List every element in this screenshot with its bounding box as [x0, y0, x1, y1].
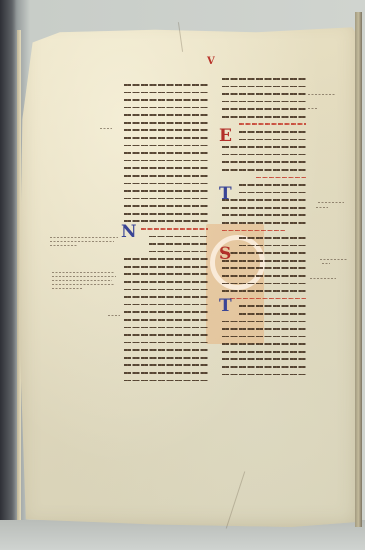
initial-letter-s: S	[219, 246, 231, 263]
page-edge-right	[355, 12, 362, 527]
initial-letter-t: T	[219, 298, 232, 315]
initial-letter-n: N	[121, 224, 137, 241]
background-shadow	[0, 0, 16, 550]
initial-letter-t: T	[219, 186, 232, 203]
left-text-column	[124, 84, 208, 387]
initial-letter-e: E	[219, 128, 232, 145]
right-text-column	[222, 78, 306, 381]
folio-mark: V	[207, 56, 215, 67]
